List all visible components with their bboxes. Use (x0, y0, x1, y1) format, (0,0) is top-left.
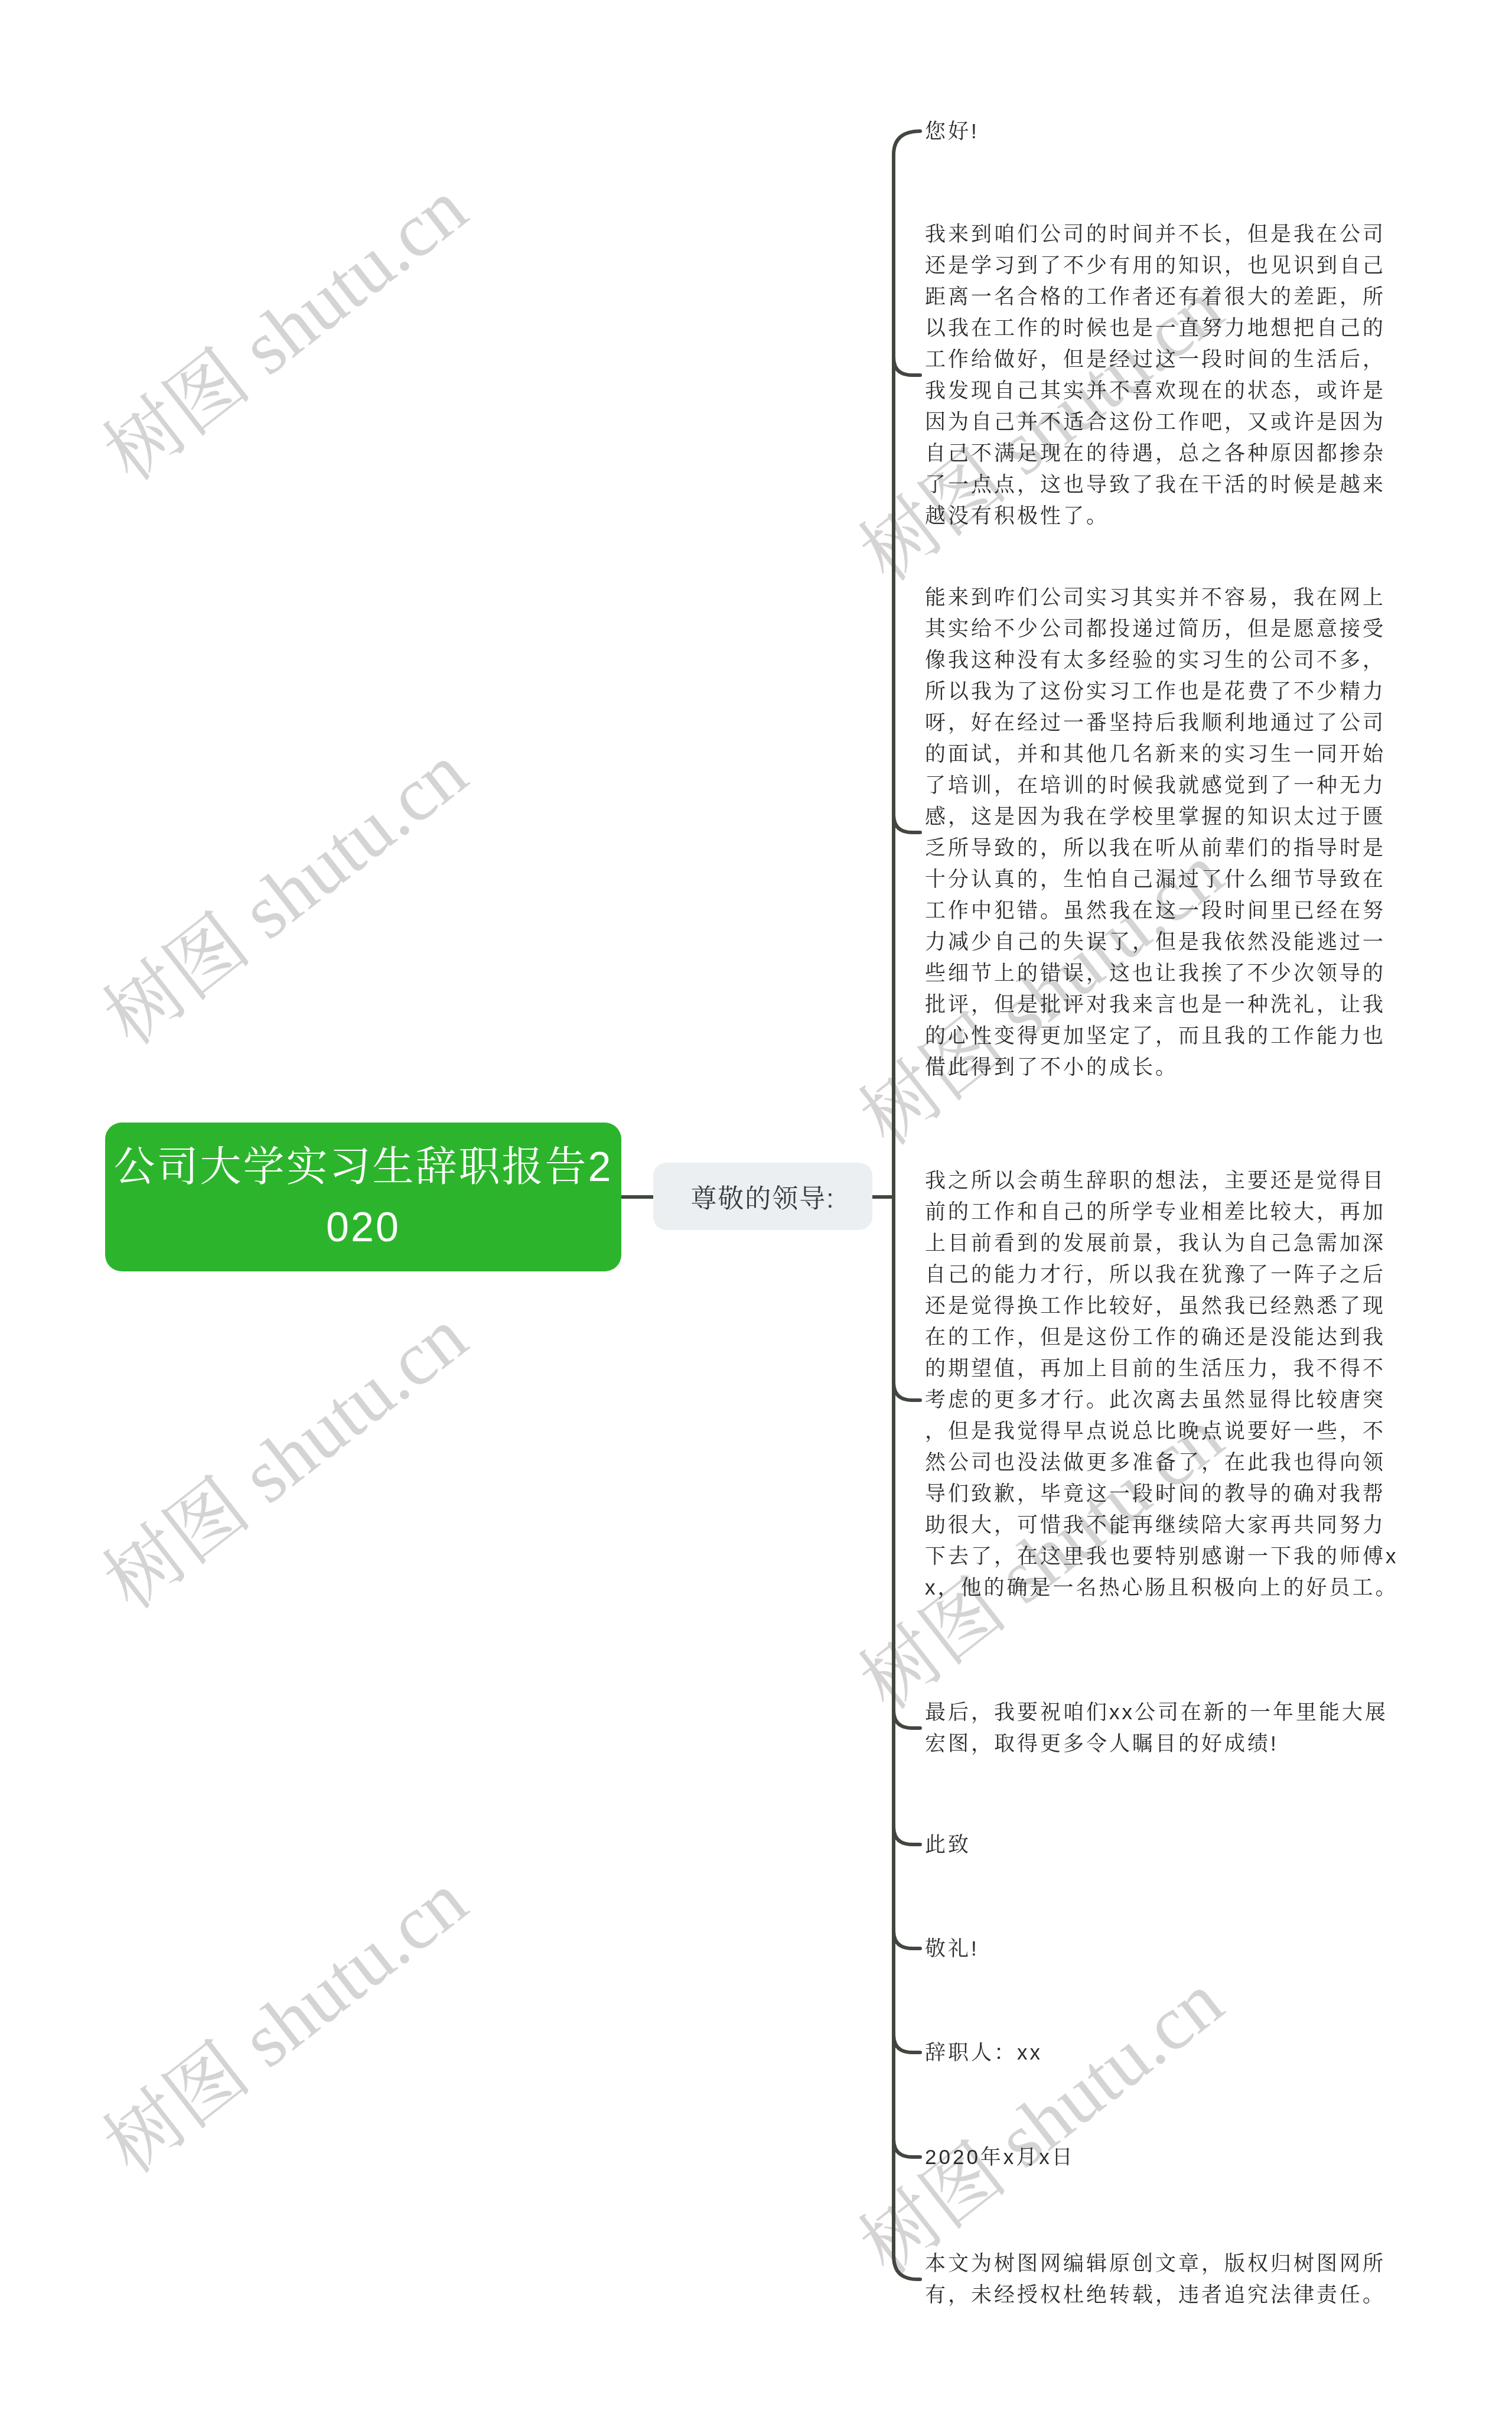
branch-closing-1[interactable]: 此致 (925, 1829, 1400, 1860)
branch-closing-2[interactable]: 敬礼! (925, 1933, 1400, 1964)
branch-link (894, 1710, 920, 1728)
branch-paragraph-4[interactable]: 最后，我要祝咱们xx公司在新的一年里能大展宏图，取得更多令人瞩目的好成绩! (925, 1697, 1400, 1759)
branch-link (894, 2035, 920, 2052)
branch-date[interactable]: 2020年x月x日 (925, 2142, 1400, 2173)
salutation-node[interactable]: 尊敬的领导: (653, 1163, 872, 1230)
branch-signature[interactable]: 辞职人：xx (925, 2037, 1400, 2068)
root-node[interactable]: 公司大学实习生辞职报告2020 (105, 1123, 621, 1271)
root-node-title: 公司大学实习生辞职报告2020 (112, 1137, 614, 1257)
branch-link (894, 815, 920, 832)
branch-paragraph-2[interactable]: 能来到咋们公司实习其实并不容易，我在网上其实给不少公司都投递过简历，但是愿意接受… (925, 582, 1400, 1083)
branch-copyright[interactable]: 本文为树图网编辑原创文章，版权归树图网所有，未经授权杜绝转载，违者追究法律责任。 (925, 2248, 1400, 2311)
branch-link (894, 2139, 920, 2157)
branch-paragraph-3[interactable]: 我之所以会萌生辞职的想法，主要还是觉得目前的工作和自己的所学专业相差比较大，再加… (925, 1165, 1400, 1603)
branch-link (894, 1827, 920, 1844)
branch-greeting[interactable]: 您好! (925, 116, 1400, 147)
salutation-node-label: 尊敬的领导: (690, 1177, 835, 1215)
branch-spine (894, 131, 920, 2279)
branch-paragraph-1[interactable]: 我来到咱们公司的时间并不长，但是我在公司还是学习到了不少有用的知识，也见识到自己… (925, 219, 1400, 532)
branch-link (894, 1382, 920, 1400)
mindmap-canvas: 树图 shutu.cn 树图 shutu.cn 树图 shutu.cn 树图 s… (0, 0, 1512, 2414)
branch-link (894, 1931, 920, 1948)
branch-link (894, 357, 920, 375)
